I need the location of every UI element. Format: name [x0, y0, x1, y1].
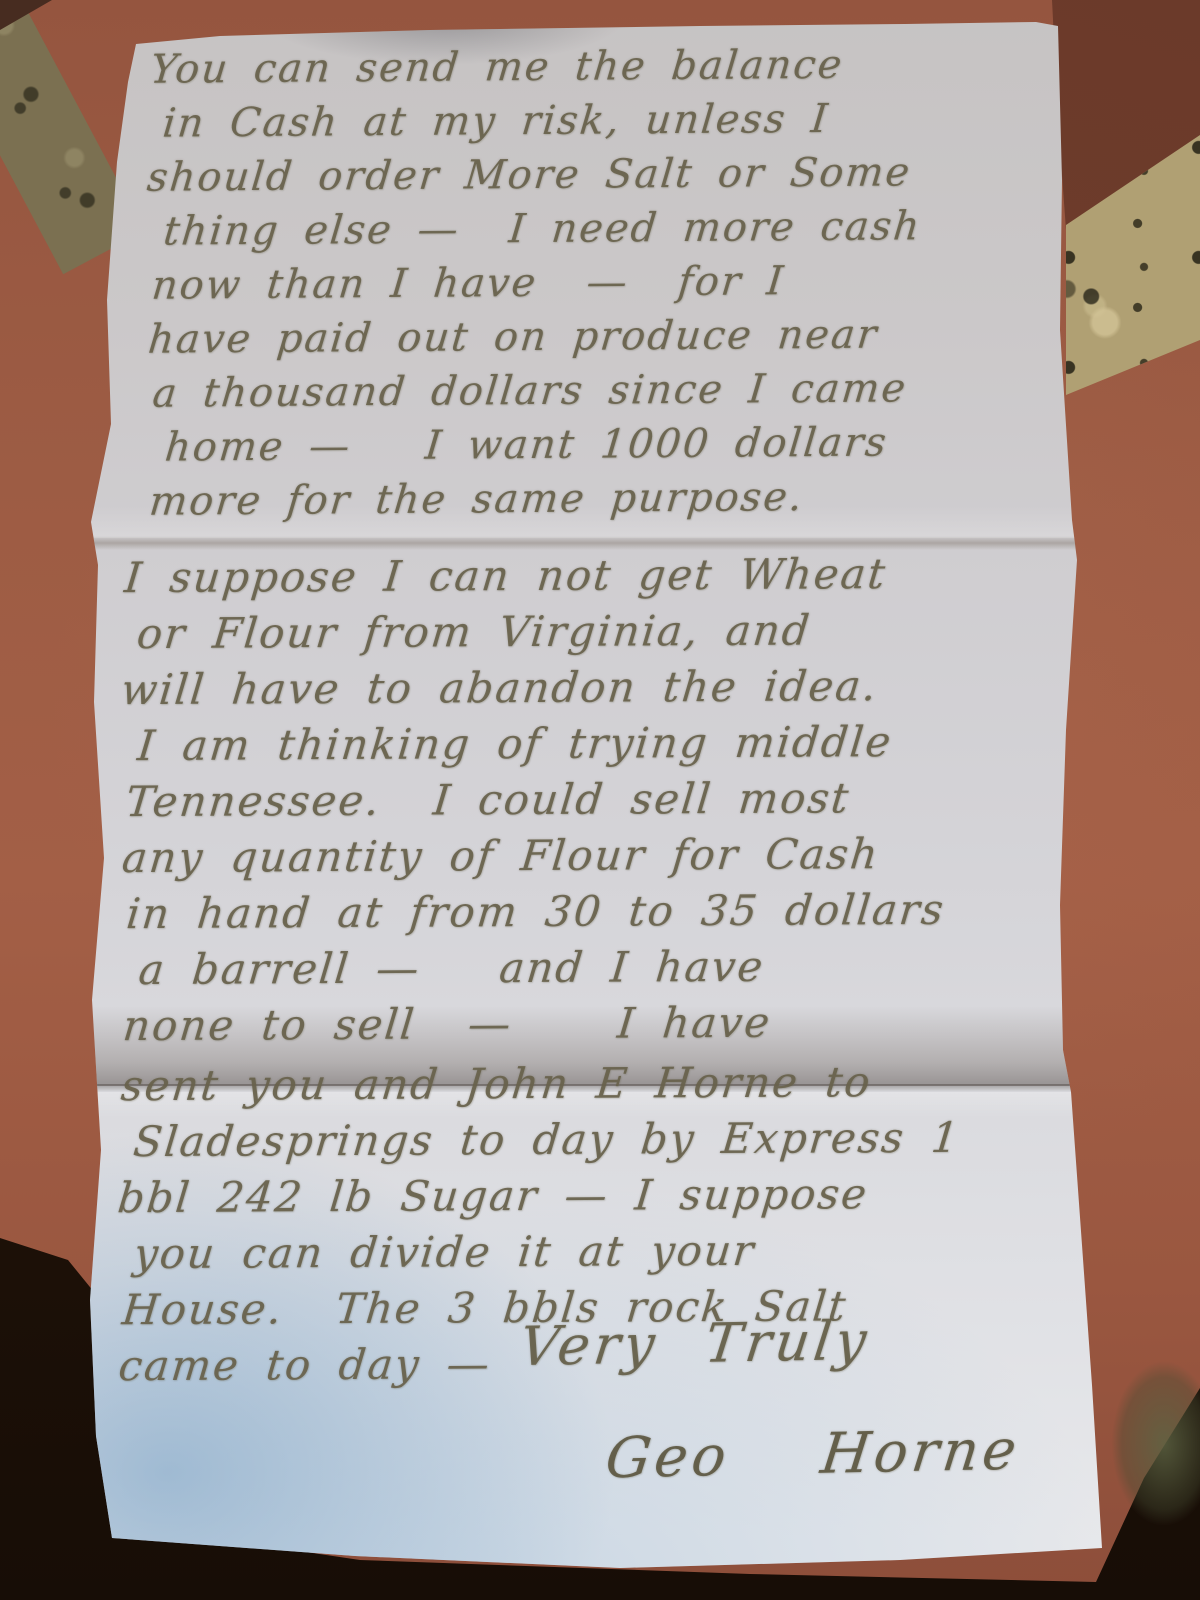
- letter-paper: You can send me the balancein Cash at my…: [0, 0, 1200, 1600]
- handwritten-line: should order More Salt or Some: [145, 145, 924, 204]
- handwritten-line: a thousand dollars since I came: [150, 361, 925, 420]
- handwritten-line: I am thinking of trying middle: [135, 714, 947, 774]
- handwritten-line: thing else — I need more cash: [161, 199, 924, 258]
- handwritten-line: Sladesprings to day by Express 1: [131, 1110, 963, 1170]
- handwritten-line: I suppose I can not get Wheat: [122, 546, 946, 606]
- handwritten-line: in Cash at my risk, unless I: [160, 91, 923, 150]
- signature-line: Geo Horne: [602, 1418, 1024, 1492]
- handwritten-line: have paid out on produce near: [146, 307, 925, 366]
- handwriting-panel-top: You can send me the balancein Cash at my…: [150, 37, 923, 528]
- handwritten-line: now than I have — for I: [149, 253, 924, 312]
- handwritten-line: You can send me the balance: [148, 37, 923, 96]
- handwritten-line: home — I want 1000 dollars: [162, 415, 925, 474]
- handwritten-line: sent you and John E Horne to: [118, 1054, 962, 1114]
- handwritten-line: you can divide it at your: [131, 1222, 963, 1282]
- handwritten-line: none to sell — I have: [120, 994, 948, 1054]
- handwritten-line: Tennessee. I could sell most: [123, 770, 947, 830]
- closing-line: Very Truly: [516, 1309, 874, 1378]
- handwritten-line: in hand at from 30 to 35 dollars: [124, 882, 948, 942]
- handwritten-line: more for the same purpose.: [147, 469, 926, 528]
- letter-photograph: You can send me the balancein Cash at my…: [0, 0, 1200, 1600]
- handwriting-panel-middle: I suppose I can not get Wheator Flour fr…: [125, 546, 946, 1054]
- handwritten-line: will have to abandon the idea.: [119, 658, 947, 718]
- handwritten-line: a barrell — and I have: [136, 938, 948, 998]
- handwritten-line: any quantity of Flour for Cash: [120, 826, 948, 886]
- handwritten-line: or Flour from Virginia, and: [134, 602, 946, 662]
- handwritten-line: bbl 242 lb Sugar — I suppose: [115, 1166, 963, 1226]
